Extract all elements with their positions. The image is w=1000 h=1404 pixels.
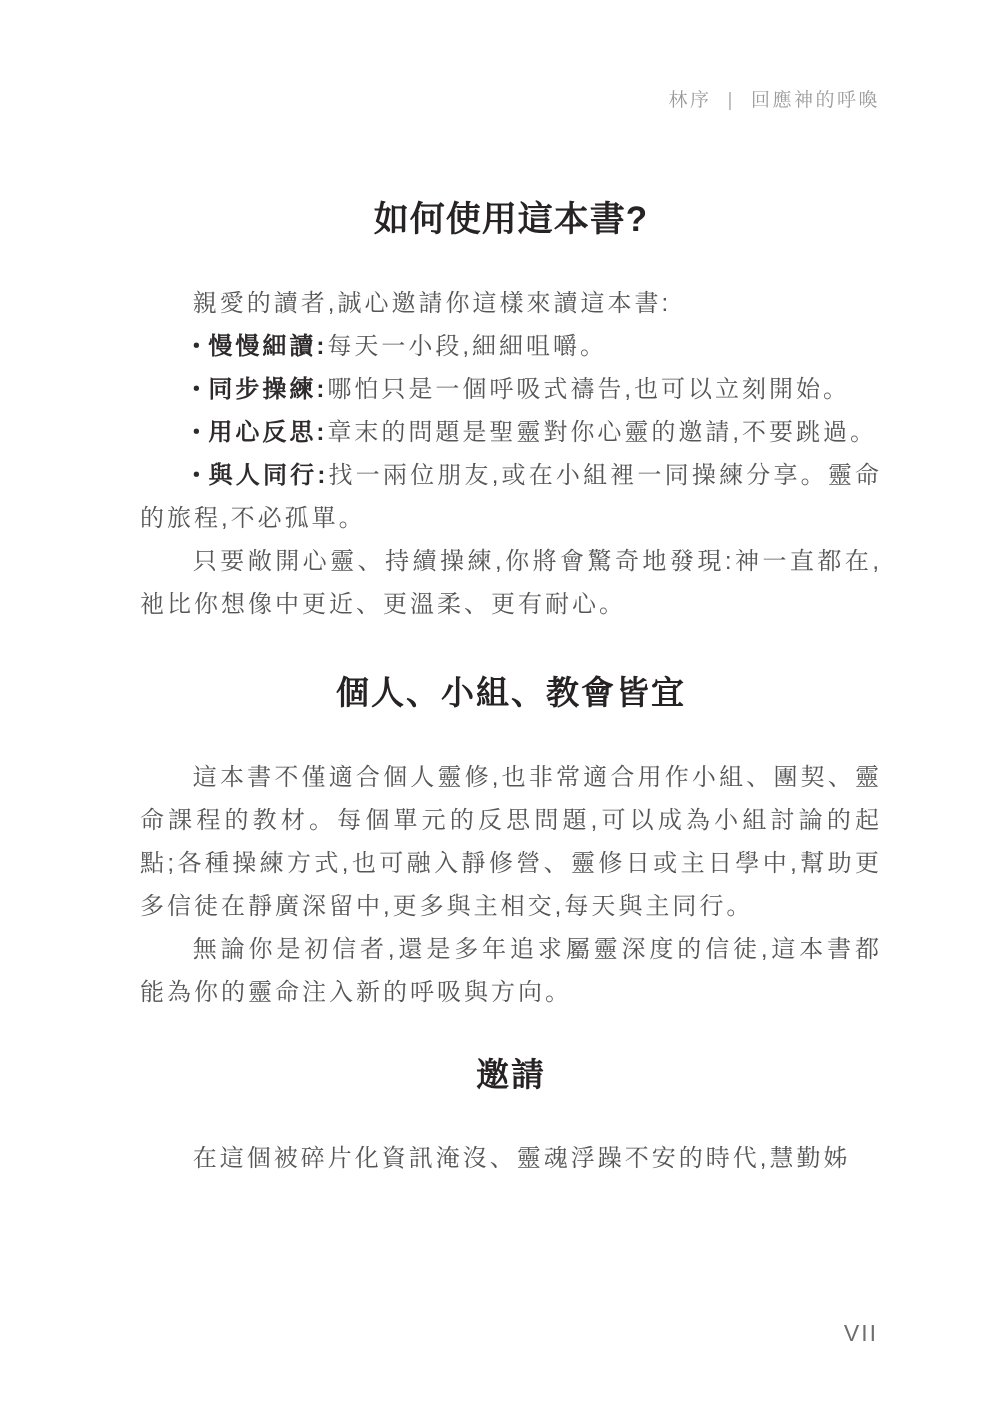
bullet-text: 章末的問題是聖靈對你心靈的邀請,不要跳過。: [327, 419, 877, 446]
bullet-item-slow-reading: ・慢慢細讀:每天一小段,細細咀嚼。: [140, 325, 882, 368]
bullet-marker: ・: [184, 462, 208, 489]
bullet-text: 每天一小段,細細咀嚼。: [327, 333, 607, 360]
section-heading-invitation: 邀請: [140, 1052, 882, 1098]
text-column: 如何使用這本書? 親愛的讀者,誠心邀請你這樣來讀這本書: ・慢慢細讀:每天一小段…: [140, 0, 882, 1180]
paragraph-invitation-1: 在這個被碎片化資訊淹沒、靈魂浮躁不安的時代,慧勤姊: [140, 1137, 882, 1180]
page-title: 如何使用這本書?: [140, 196, 882, 244]
paragraph-suitability-2: 無論你是初信者,還是多年追求屬靈深度的信徒,這本書都能為你的靈命注入新的呼吸與方…: [140, 928, 882, 1014]
bullet-label: 慢慢細讀:: [208, 333, 327, 360]
section-heading-suitability: 個人、小組、教會皆宜: [140, 670, 882, 716]
closing-paragraph: 只要敞開心靈、持續操練,你將會驚奇地發現:神一直都在,祂比你想像中更近、更溫柔、…: [140, 540, 882, 626]
bullet-item-reflect: ・用心反思:章末的問題是聖靈對你心靈的邀請,不要跳過。: [140, 411, 882, 454]
bullet-marker: ・: [184, 333, 208, 360]
bullet-item-practice-along: ・同步操練:哪怕只是一個呼吸式禱告,也可以立刻開始。: [140, 368, 882, 411]
bullet-label: 與人同行:: [209, 462, 329, 489]
bullet-label: 用心反思:: [208, 419, 327, 446]
paragraph-suitability-1: 這本書不僅適合個人靈修,也非常適合用作小組、團契、靈命課程的教材。每個單元的反思…: [140, 756, 882, 928]
page-number: VII: [844, 1320, 878, 1347]
bullet-label: 同步操練:: [208, 376, 327, 403]
bullet-marker: ・: [184, 376, 208, 403]
bullet-text: 哪怕只是一個呼吸式禱告,也可以立刻開始。: [327, 376, 850, 403]
bullet-marker: ・: [184, 419, 208, 446]
intro-paragraph: 親愛的讀者,誠心邀請你這樣來讀這本書:: [140, 282, 882, 325]
bullet-item-walk-with-others: ・與人同行:找一兩位朋友,或在小組裡一同操練分享。靈命的旅程,不必孤單。: [140, 454, 882, 540]
book-page: 林序|回應神的呼喚 如何使用這本書? 親愛的讀者,誠心邀請你這樣來讀這本書: ・…: [0, 0, 1000, 1404]
